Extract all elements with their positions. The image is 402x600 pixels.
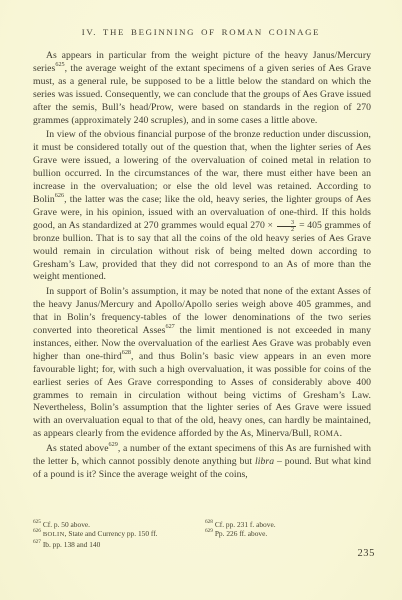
footnote: 626 BOLIN, State and Currency pp. 150 ff… (33, 529, 205, 539)
footnote-marker: 625 (33, 519, 41, 525)
paragraph: In view of the obvious financial purpose… (33, 129, 371, 284)
footnotes: 625 Cf. p. 50 above.626 BOLIN, State and… (33, 520, 374, 549)
footnote-marker: 629 (205, 528, 213, 534)
paragraph: As appears in particular from the weight… (33, 50, 371, 127)
footnote-marker: 626 (33, 528, 41, 534)
page-number: 235 (357, 548, 375, 559)
book-page: IV. THE BEGINNING OF ROMAN COINAGE As ap… (0, 0, 402, 600)
footnote: 625 Cf. p. 50 above. (33, 520, 205, 529)
footnotes-right-column: 628 Cf. pp. 231 f. above.629 Pp. 226 ff.… (205, 520, 374, 549)
footnote-marker: 628 (205, 519, 213, 525)
footnote: 629 Pp. 226 ff. above. (205, 529, 374, 538)
footnote: 627 Ib. pp. 138 and 140 (33, 540, 205, 549)
footnote-marker: 627 (33, 539, 41, 545)
footnotes-left-column: 625 Cf. p. 50 above.626 BOLIN, State and… (33, 520, 205, 549)
body-paragraphs: As appears in particular from the weight… (33, 50, 371, 482)
footnote: 628 Cf. pp. 231 f. above. (205, 520, 374, 529)
chapter-header: IV. THE BEGINNING OF ROMAN COINAGE (0, 27, 402, 37)
paragraph: In support of Bolin’s assumption, it may… (33, 286, 371, 441)
paragraph: As stated above629, a number of the exta… (33, 443, 371, 482)
